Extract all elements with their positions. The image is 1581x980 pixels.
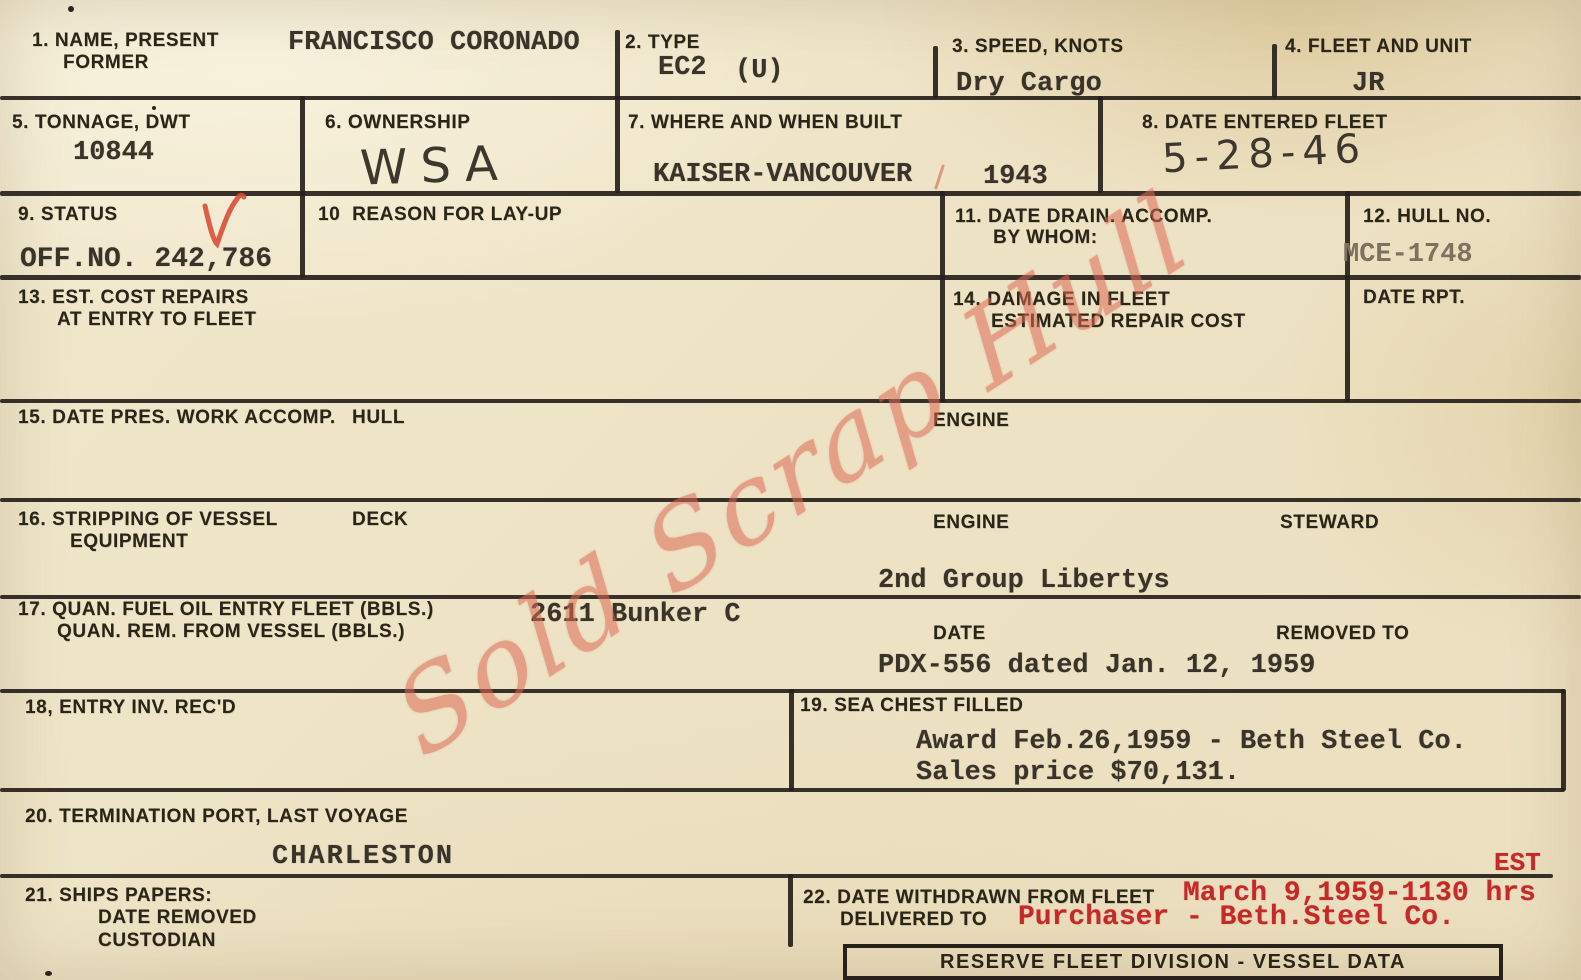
field21-date-removed-label: DATE REMOVED (98, 907, 257, 928)
field3-label: 3. SPEED, KNOTS (952, 36, 1124, 57)
date-rpt-label: DATE RPT. (1363, 287, 1465, 308)
rule-line (1098, 96, 1103, 193)
field5-label: 5. TONNAGE, DWT (12, 112, 191, 133)
field16-label: 16. STRIPPING OF VESSEL (18, 509, 278, 530)
rule-line (789, 689, 794, 791)
field17-removed-to-label: REMOVED TO (1276, 623, 1409, 644)
type-value: EC2 (658, 54, 707, 82)
award-value: Award Feb.26,1959 - Beth Steel Co. (916, 728, 1467, 756)
field15-hull-label: HULL (352, 407, 405, 428)
field16-engine-label: ENGINE (933, 512, 1009, 533)
field13-label: 13. EST. COST REPAIRS (18, 287, 249, 308)
fleet-unit-value: JR (1352, 70, 1384, 98)
field4-label: 4. FLEET AND UNIT (1285, 36, 1472, 57)
field16-steward-label: STEWARD (1280, 512, 1379, 533)
field19-label: 19. SEA CHEST FILLED (800, 695, 1024, 716)
built-year-value: 1943 (983, 163, 1048, 191)
field15-label: 15. DATE PRES. WORK ACCOMP. (18, 407, 336, 428)
field13-sublabel: AT ENTRY TO FLEET (57, 309, 257, 330)
rule-line (615, 30, 620, 193)
paper-speck (68, 6, 74, 12)
footer-title: RESERVE FLEET DIVISION - VESSEL DATA (940, 951, 1406, 974)
field10-label: 10 REASON FOR LAY-UP (318, 204, 562, 225)
speed-value: Dry Cargo (956, 70, 1102, 98)
date-entered-handwritten-value: 5-28-46 (1161, 129, 1368, 180)
vessel-data-card: 1. NAME, PRESENT FORMER FRANCISCO CORONA… (0, 0, 1581, 980)
paper-speck (45, 971, 52, 976)
ownership-handwritten-value: WSA (359, 139, 511, 192)
field22-delivered-to-label: DELIVERED TO (840, 909, 987, 930)
rule-line (0, 689, 1565, 693)
field7-label: 7. WHERE AND WHEN BUILT (628, 112, 903, 133)
field16-deck-label: DECK (352, 509, 408, 530)
group-note-value: 2nd Group Libertys (878, 567, 1170, 595)
tonnage-value: 10844 (73, 139, 154, 167)
rule-line (1345, 191, 1350, 402)
field17-date-label: DATE (933, 623, 986, 644)
rule-line (788, 874, 793, 947)
rule-line (0, 275, 1581, 280)
rule-line (1561, 689, 1566, 791)
rule-line (0, 788, 1565, 792)
field20-label: 20. TERMINATION PORT, LAST VOYAGE (25, 806, 408, 827)
built-where-value: KAISER-VANCOUVER (653, 161, 912, 189)
type-value2: (U) (735, 57, 784, 85)
hull-number-value: MCE-1748 (1343, 241, 1473, 269)
field21-custodian-label: CUSTODIAN (98, 930, 216, 951)
rule-line (933, 46, 938, 98)
field2-label: 2. TYPE (625, 32, 700, 53)
termination-port-value: CHARLESTON (272, 843, 454, 871)
rule-line (300, 96, 305, 278)
rule-line (0, 96, 1581, 100)
field18-label: 18, ENTRY INV. REC'D (25, 697, 236, 718)
field21-label: 21. SHIPS PAPERS: (25, 885, 212, 906)
paper-speck (152, 106, 156, 110)
delivered-to-value: Purchaser - Beth.Steel Co. (1018, 903, 1455, 932)
field1-sublabel: FORMER (63, 52, 149, 73)
red-slash-mark (934, 164, 945, 190)
field6-label: 6. OWNERSHIP (325, 112, 471, 133)
field12-label: 12. HULL NO. (1363, 206, 1491, 227)
est-annotation: EST (1494, 850, 1541, 877)
sales-price-value: Sales price $70,131. (916, 759, 1240, 787)
field16-sublabel: EQUIPMENT (70, 531, 188, 552)
field9-label: 9. STATUS (18, 204, 118, 225)
field17-label: 17. QUAN. FUEL OIL ENTRY FLEET (BBLS.) (18, 599, 434, 620)
field17-sublabel: QUAN. REM. FROM VESSEL (BBLS.) (57, 621, 405, 642)
rule-line (1272, 44, 1277, 98)
official-number-value: OFF.NO. 242,786 (20, 245, 272, 274)
field1-label: 1. NAME, PRESENT (32, 30, 219, 51)
fuel-removal-value: PDX-556 dated Jan. 12, 1959 (878, 652, 1315, 680)
ship-name-value: FRANCISCO CORONADO (288, 29, 580, 57)
footer-title-box: RESERVE FLEET DIVISION - VESSEL DATA (843, 944, 1503, 980)
